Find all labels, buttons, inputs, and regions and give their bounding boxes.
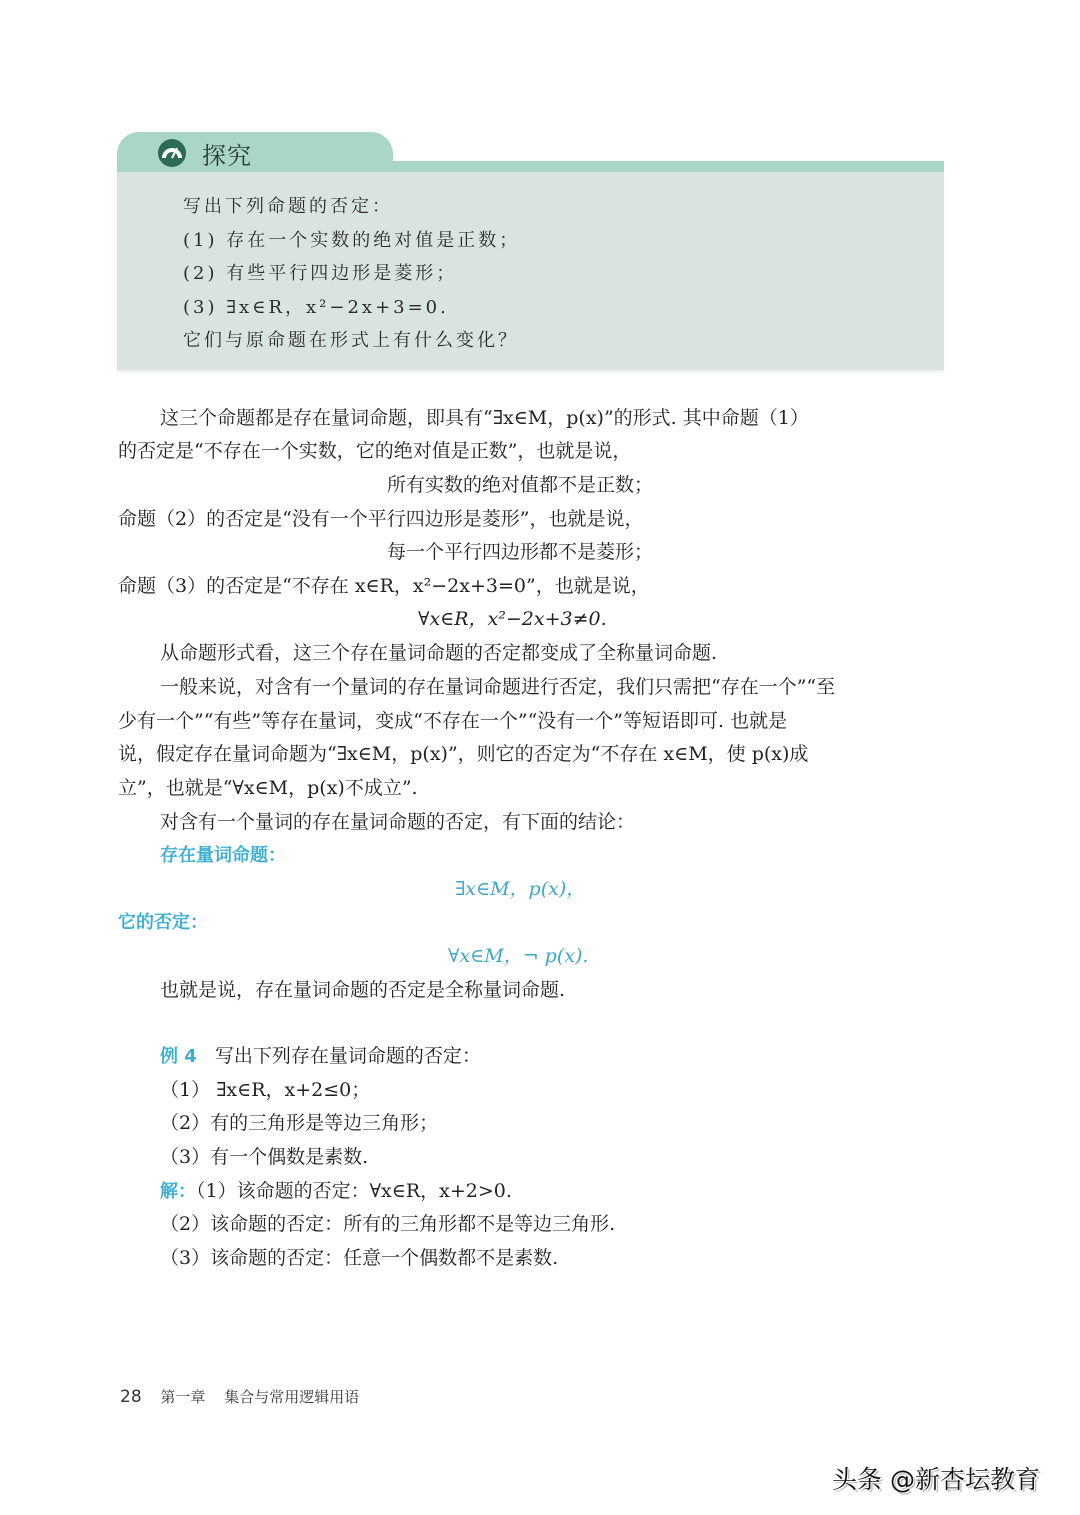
paragraph-line: 从命题形式看，这三个存在量词命题的否定都变成了全称量词命题. xyxy=(160,641,717,665)
solution-text: （1）该命题的否定：∀x∈R，x+2>0. xyxy=(196,1180,512,1202)
paragraph-line: 一般来说，对含有一个量词的存在量词命题进行否定，我们只需把“存在一个”“至 xyxy=(160,675,835,699)
paragraph-line: 命题（2）的否定是“没有一个平行四边形是菱形”，也就是说， xyxy=(118,507,644,531)
centered-statement: 所有实数的绝对值都不是正数； xyxy=(387,473,653,497)
paragraph-line: 立”，也就是“∀x∈M，p(x)不成立”. xyxy=(118,776,418,800)
paragraph-line: 命题（3）的否定是“不存在 x∈R，x²−2x+3=0”，也就是说， xyxy=(118,574,650,598)
explore-question-list: 写出下列命题的否定： (1) 存在一个实数的绝对值是正数； (2) 有些平行四边… xyxy=(183,190,520,358)
page-number: 28 xyxy=(120,1387,142,1407)
explore-line: (2) 有些平行四边形是菱形； xyxy=(183,257,520,291)
explore-title: 探究 xyxy=(202,136,252,171)
explore-box: 探究 写出下列命题的否定： (1) 存在一个实数的绝对值是正数； (2) 有些平… xyxy=(117,132,944,370)
solution-line: 解：（1）该命题的否定：∀x∈R，x+2>0. xyxy=(160,1179,512,1204)
example-label: 例 4 xyxy=(160,1046,197,1067)
watermark: 头条 @新杏坛教育 xyxy=(832,1460,1040,1496)
example-header: 例 4 写出下列存在量词命题的否定： xyxy=(160,1044,481,1069)
explore-line: 它们与原命题在形式上有什么变化？ xyxy=(183,324,520,358)
explore-line: (3) ∃x∈R，x²−2x+3=0. xyxy=(183,291,520,325)
paragraph-line: 少有一个”“有些”等存在量词，变成“不存在一个”“没有一个”等短语即可. 也就是 xyxy=(118,709,787,733)
solution-line: （3）该命题的否定：任意一个偶数都不是素数. xyxy=(160,1246,558,1270)
conclusion-formula: ∀x∈M，¬ p(x). xyxy=(448,944,588,968)
explore-gauge-icon xyxy=(157,138,187,168)
solution-line: （2）该命题的否定：所有的三角形都不是等边三角形. xyxy=(160,1212,615,1236)
example-item: （1） ∃x∈R，x+2≤0； xyxy=(160,1078,370,1102)
example-item: （2）有的三角形是等边三角形； xyxy=(160,1111,438,1135)
centered-statement: 每一个平行四边形都不是菱形； xyxy=(387,540,653,564)
chapter-number: 第一章 xyxy=(160,1388,205,1406)
conclusion-formula: ∃x∈M，p(x)， xyxy=(455,877,585,901)
paragraph-line: 这三个命题都是存在量词命题，即具有“∃x∈M，p(x)”的形式. 其中命题（1） xyxy=(160,406,809,430)
textbook-page: 探究 写出下列命题的否定： (1) 存在一个实数的绝对值是正数； (2) 有些平… xyxy=(0,0,1080,1515)
page-footer: 28 第一章 集合与常用逻辑用语 xyxy=(120,1386,359,1407)
paragraph-line: 的否定是“不存在一个实数，它的绝对值是正数”，也就是说， xyxy=(118,439,631,463)
example-item: （3）有一个偶数是素数. xyxy=(160,1145,368,1169)
explore-line: 写出下列命题的否定： xyxy=(183,190,520,224)
centered-formula: ∀x∈R，x²−2x+3≠0. xyxy=(418,607,607,631)
paragraph-line: 也就是说，存在量词命题的否定是全称量词命题. xyxy=(160,978,565,1002)
example-prompt: 写出下列存在量词命题的否定： xyxy=(215,1045,481,1067)
solution-label: 解： xyxy=(160,1181,196,1202)
chapter-title: 集合与常用逻辑用语 xyxy=(224,1388,359,1406)
conclusion-label: 它的否定： xyxy=(118,911,208,935)
conclusion-label: 存在量词命题： xyxy=(160,844,286,868)
paragraph-line: 说，假定存在量词命题为“∃x∈M，p(x)”，则它的否定为“不存在 x∈M，使 … xyxy=(118,742,808,766)
paragraph-line: 对含有一个量词的存在量词命题的否定，有下面的结论： xyxy=(160,810,635,834)
explore-line: (1) 存在一个实数的绝对值是正数； xyxy=(183,224,520,258)
